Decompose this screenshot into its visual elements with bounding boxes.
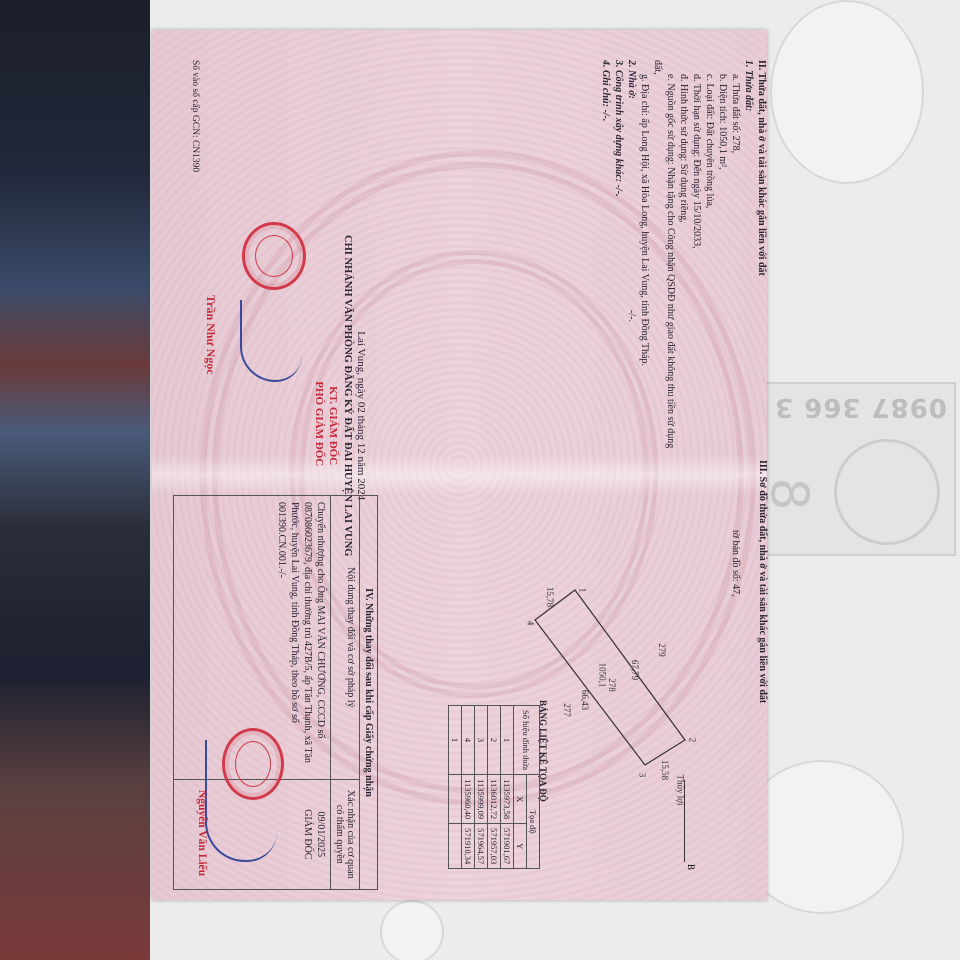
emboss-digits: 0987 366 3 [774, 392, 947, 422]
vertex-3: 3 [637, 773, 647, 778]
edge-length-1: 15,78 [545, 587, 555, 607]
vertex-1: 1 [577, 588, 587, 593]
section-marker-line [684, 780, 685, 862]
emboss-logo-icon [834, 439, 940, 545]
foam-box-emboss: 0987 366 3 8 [762, 382, 956, 556]
house-value: -/-. [625, 310, 638, 322]
registry-number: Số vào sổ cấp GCN: CN1390 [190, 60, 200, 172]
table-row: 1 [449, 706, 462, 869]
land-area: b. Diện tích: 1050,1 m², [716, 60, 729, 448]
neighbor-parcel-277: 277 [562, 703, 572, 717]
section-iii-title: III. Sơ đồ thửa đất, nhà ở và tài sản kh… [757, 460, 768, 703]
parcel-diagram: 278 1050,1 279 277 15,78 67,79 66,43 15,… [520, 570, 730, 830]
land-type: c. Loại đất: Đất chuyên trồng lúa, [703, 60, 716, 448]
signature-icon [240, 300, 302, 382]
section-marker-b: B [686, 864, 696, 870]
confirmation-position: GIÁM ĐỐC [301, 786, 314, 883]
column-confirmation: Xác nhận của cơ quan có thẩm quyền [331, 779, 360, 889]
parcel-number: a. Thửa đất số: 278, [730, 74, 741, 153]
paper-fold [152, 455, 767, 495]
signer-name: Trần Như Ngọc [203, 295, 218, 375]
usage-term: d. Thời hạn sử dụng: Đến ngày 15/10/2033… [690, 60, 703, 448]
house-heading: 2. Nhà ở: [626, 60, 637, 99]
coord-y: 571901,67 [501, 824, 514, 869]
coord-x: 1135960,40 [462, 775, 475, 824]
edge-length-4: 15,58 [660, 760, 670, 780]
foam-circle [380, 900, 444, 960]
section-ii-title: II. Thửa đất, nhà ở và tài sản khác gắn … [755, 60, 768, 448]
table-row: 3 1135999,09 571964,57 [475, 706, 488, 869]
header-y: Y [514, 824, 527, 869]
point-id: 3 [475, 706, 488, 775]
header-point: Số hiệu đỉnh thửa [514, 706, 540, 775]
edge-length-2: 67,79 [630, 660, 640, 680]
coord-x: 1135973,58 [501, 775, 514, 824]
coord-y: 571957,03 [488, 824, 501, 869]
table-row: 2 1136012,72 571957,03 [488, 706, 501, 869]
official-stamp-icon [242, 222, 306, 290]
usage-form: đ. Hình thức sử dụng: Sử dụng riêng, [677, 60, 690, 448]
parcel-label: 278 [607, 678, 617, 692]
fabric-background [0, 0, 160, 960]
coord-x: 1136012,72 [488, 775, 501, 824]
point-id: 2 [488, 706, 501, 775]
notes: 4. Ghi chú: -/-. [599, 60, 612, 448]
coord-y: 571964,57 [475, 824, 488, 869]
parcel-outline [520, 570, 730, 830]
header-x: X [514, 775, 527, 824]
parcel-number-line: a. Thửa đất số: 278, tờ bản đồ số: 47, [729, 60, 742, 448]
table-row: 1 1135973,58 571901,67 [501, 706, 514, 869]
land-origin: e. Nguồn gốc sử dụng: Nhận tặng cho Công… [664, 60, 677, 448]
point-id: 1 [449, 706, 462, 775]
map-sheet-number: tờ bản đồ số: 47, [729, 530, 742, 597]
section-ii: II. Thửa đất, nhà ở và tài sản khác gắn … [599, 60, 768, 448]
section-iv-title: IV. Những thay đổi sau khi cấp Giấy chứn… [360, 496, 378, 890]
land-heading: 1. Thửa đất: [742, 60, 755, 448]
confirmation-signer-name: Nguyễn Văn Liếu [196, 790, 208, 876]
column-change-content: Nội dung thay đổi và cơ sở pháp lý [331, 496, 360, 780]
coord-y [449, 824, 462, 869]
coordinate-table: Số hiệu đỉnh thửa Tọa độ X Y 1 1135973,5… [448, 705, 540, 869]
house-line: 2. Nhà ở: -/-. [625, 60, 638, 448]
point-id: 1 [501, 706, 514, 775]
signature-icon [205, 740, 277, 862]
table-row: 4 1135960,40 571910,34 [462, 706, 475, 869]
header-coords: Tọa độ [527, 775, 540, 869]
point-id: 4 [462, 706, 475, 775]
confirmation-date: 09/01/2025 [314, 786, 327, 883]
parcel-area-label: 1050,1 [597, 663, 607, 688]
vertex-4: 4 [525, 621, 535, 626]
neighbor-parcel-279: 279 [657, 643, 667, 657]
land-address: g. Địa chỉ: ấp Long Hội, xã Hòa Long, hu… [638, 60, 651, 448]
vertex-2: 2 [687, 738, 697, 743]
land-origin-cont: đất, [651, 60, 664, 448]
foam-circle [770, 0, 924, 184]
coord-y: 571910,34 [462, 824, 475, 869]
other-works: 3. Công trình xây dựng khác: -/-. [612, 60, 625, 448]
edge-length-3: 66,43 [580, 690, 590, 710]
coord-x: 1135999,09 [475, 775, 488, 824]
coord-x [449, 775, 462, 824]
